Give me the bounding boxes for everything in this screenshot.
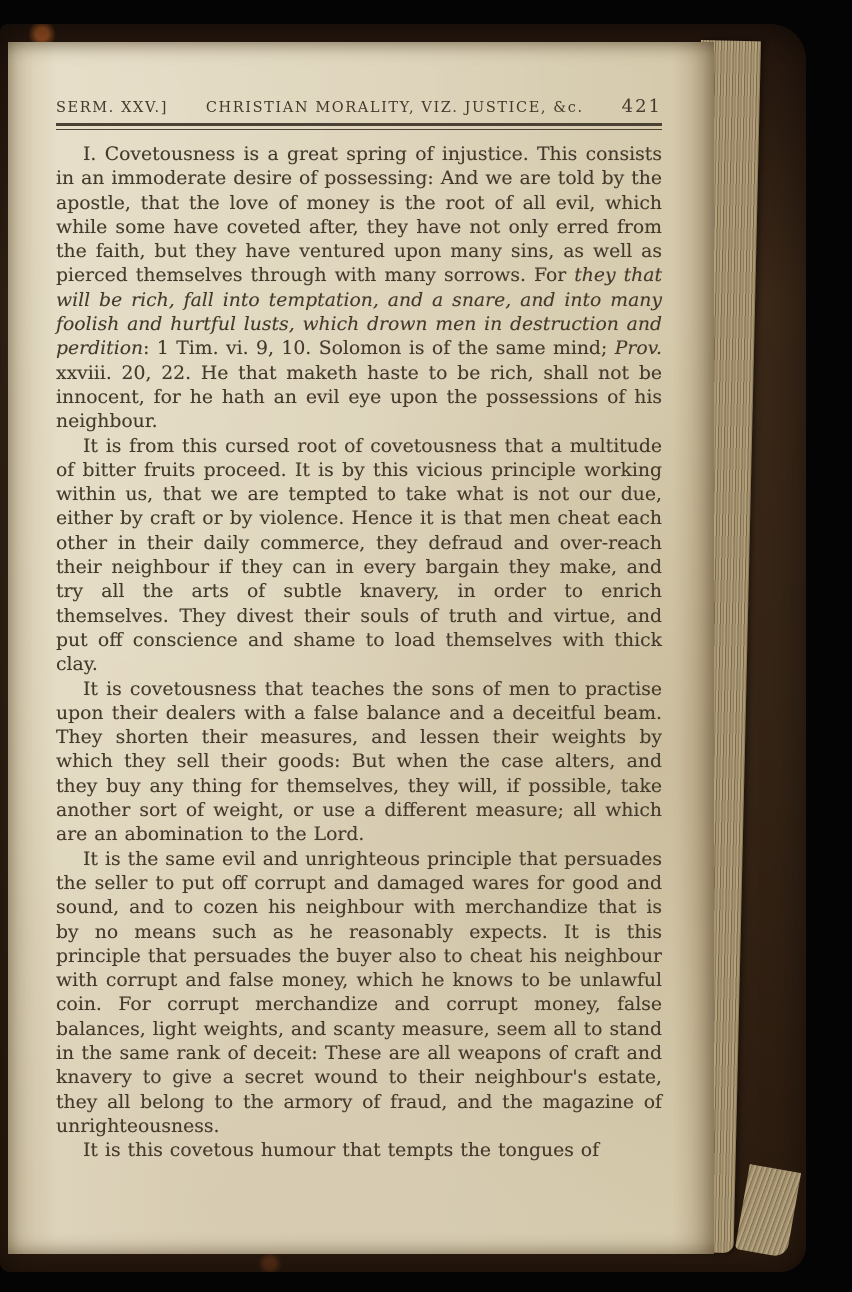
double-rule-divider	[56, 123, 662, 130]
sermon-number-label: SERM. XXV.]	[56, 100, 168, 116]
running-header: SERM. XXV.] CHRISTIAN MORALITY, VIZ. JUS…	[56, 96, 662, 117]
paragraph-text: It is this covetous humour that tempts t…	[83, 1140, 599, 1161]
paragraph: It is from this cursed root of covetousn…	[56, 435, 662, 678]
paragraph-text: It is the same evil and unrighteous prin…	[56, 849, 662, 1137]
paragraph-text: : 1 Tim. vi. 9, 10. Solomon is of the sa…	[143, 338, 615, 359]
paragraph: I. Covetousness is a great spring of inj…	[56, 143, 662, 435]
page-number: 421	[622, 96, 662, 117]
scripture-quote: Prov.	[615, 338, 662, 359]
paragraph: It is the same evil and unrighteous prin…	[56, 848, 662, 1140]
paragraph-text: I. Covetousness is a great spring of inj…	[56, 144, 662, 286]
book-scan-photo: SERM. XXV.] CHRISTIAN MORALITY, VIZ. JUS…	[0, 0, 852, 1292]
paragraph: It is this covetous humour that tempts t…	[56, 1139, 662, 1163]
book-page: SERM. XXV.] CHRISTIAN MORALITY, VIZ. JUS…	[8, 42, 714, 1254]
paragraph-text: xxviii. 20, 22. He that maketh haste to …	[56, 363, 662, 433]
running-title: CHRISTIAN MORALITY, VIZ. JUSTICE, &c.	[168, 100, 622, 116]
paragraph: It is covetousness that teaches the sons…	[56, 678, 662, 848]
page-body: I. Covetousness is a great spring of inj…	[56, 143, 662, 1163]
paragraph-text: It is covetousness that teaches the sons…	[56, 679, 662, 846]
paragraph-text: It is from this cursed root of covetousn…	[56, 436, 662, 676]
